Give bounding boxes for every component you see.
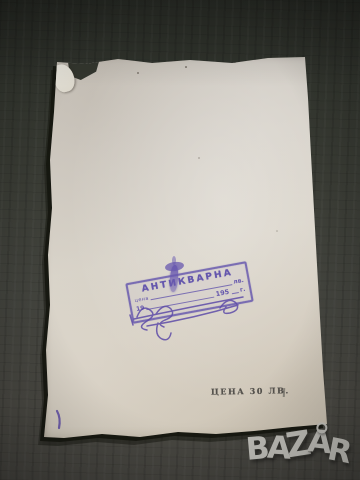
- watermark-letter: B: [245, 435, 268, 465]
- printed-price-text: ЦЕНА 30 ЛВ.: [211, 385, 290, 396]
- watermark-letter: R: [325, 436, 351, 467]
- book-back-cover: [40, 50, 335, 445]
- photo-of-book-back-cover: АНТИКВАРНА цена лв. 19 195 г. ЦЕНА 30 ЛВ: [0, 0, 360, 480]
- stamp-year-mid: 195: [215, 288, 230, 298]
- paper-speck: [185, 66, 187, 68]
- bazar-watermark: B A Z A R: [246, 436, 349, 464]
- left-edge-gouge: [42, 108, 47, 118]
- ink-blob-drip: [172, 256, 176, 265]
- paper-speck: [276, 230, 278, 232]
- stamp-year-suffix: г.: [239, 286, 246, 294]
- stamp-year-prefix: 19: [136, 305, 145, 313]
- paper-edge-shading: [40, 50, 335, 445]
- stamp-blank-rule: [231, 292, 238, 294]
- paper-speck: [137, 72, 139, 74]
- paper-speck: [233, 61, 236, 63]
- paper-speck: [198, 157, 200, 159]
